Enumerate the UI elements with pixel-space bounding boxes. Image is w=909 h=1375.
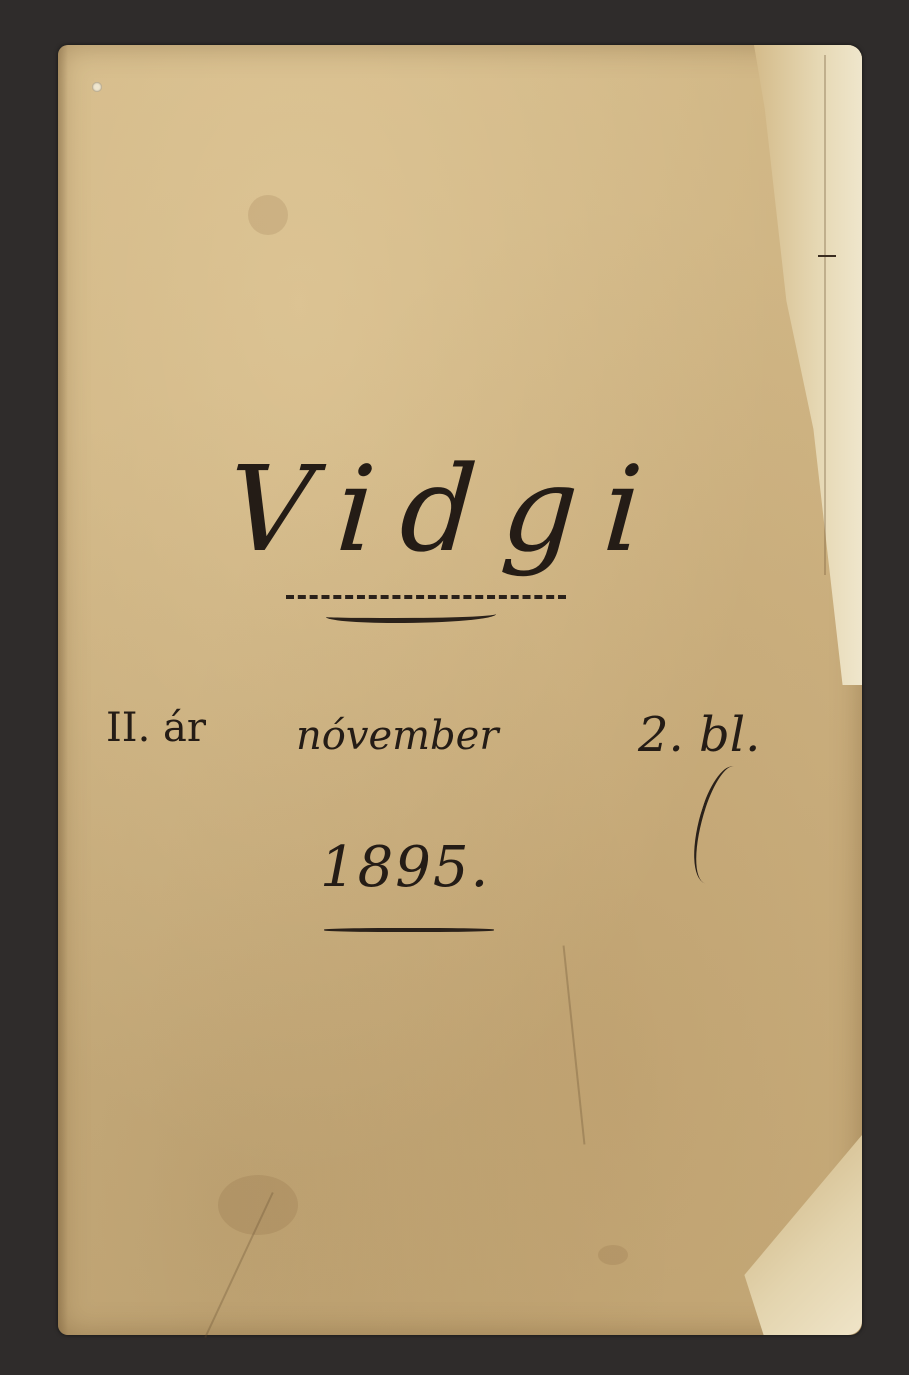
month-label: nóvember [296, 713, 498, 759]
binding-crease [824, 55, 826, 575]
cover-left-edge [58, 45, 68, 1335]
year-label: 1895. [320, 835, 490, 900]
issue-number-flourish [681, 761, 759, 888]
stain [248, 195, 288, 235]
stain [598, 1245, 628, 1265]
folded-corner [742, 1135, 862, 1335]
year-underline [324, 928, 494, 932]
issue-number-label: 2. bl. [638, 707, 760, 763]
notebook-cover: Vidgi II. ár nóvember 2. bl. 1895. [58, 45, 862, 1335]
title-swash-underline [326, 608, 496, 623]
torn-binding-flap [754, 45, 862, 685]
cover-title: Vidgi [223, 440, 672, 578]
pinhole [92, 82, 102, 92]
volume-label: II. ár [106, 705, 206, 751]
paper-crease [563, 945, 586, 1144]
title-dashed-underline [286, 595, 566, 599]
binding-mark [818, 255, 836, 257]
